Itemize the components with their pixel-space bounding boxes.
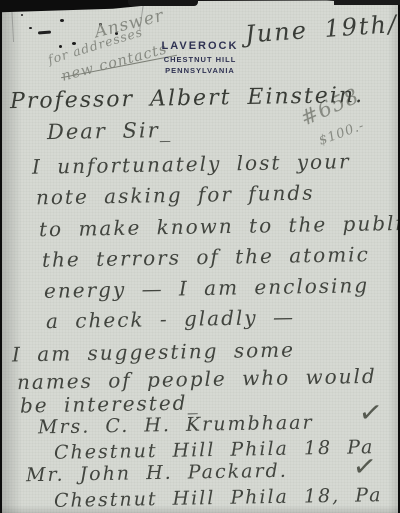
letterhead-state: PENNSYLVANIA [152,66,248,75]
contact-name: Mrs. C. H. Krumbhaar [38,412,314,439]
ink-dash [38,31,51,35]
scan-edge-artifact [128,0,198,6]
body-line: the terrors of the atomic [42,242,370,272]
body-line: note asking for funds [36,181,315,210]
letterhead-town: LAVEROCK [152,40,248,52]
ink-speck [60,19,64,22]
body-line: a check - gladly — [46,305,295,333]
letterhead-locality: CHESTNUT HILL [152,55,248,64]
body-line: I unfortunately lost your [32,149,351,179]
letter-paper: Answer for addresses new contacts LAVERO… [2,0,398,513]
ink-speck [29,27,32,29]
check-icon: ✓ [351,449,379,485]
salutation-line: Dear Sir_ [47,118,173,144]
check-icon: ✓ [357,395,385,431]
letterhead: LAVEROCK CHESTNUT HILL PENNSYLVANIA [152,40,248,75]
scanned-letter: Answer for addresses new contacts LAVERO… [0,0,400,513]
letter-date: June 19th/46 [244,7,400,48]
contact-name: Mr. John H. Packard. [26,460,288,487]
paper-crease [11,2,14,42]
contact-address: Chestnut Hill Phila 18 Pa [54,436,375,464]
body-line: I am suggesting some [12,338,295,367]
body-line: energy — I am enclosing [44,273,370,303]
body-line: to make known to the public [39,211,400,242]
contact-address: Chestnut Hill Phila 18, Pa [54,484,383,512]
scan-edge-artifact [334,0,400,5]
ink-speck [21,14,23,16]
pencil-amount: $100.- [317,118,367,148]
